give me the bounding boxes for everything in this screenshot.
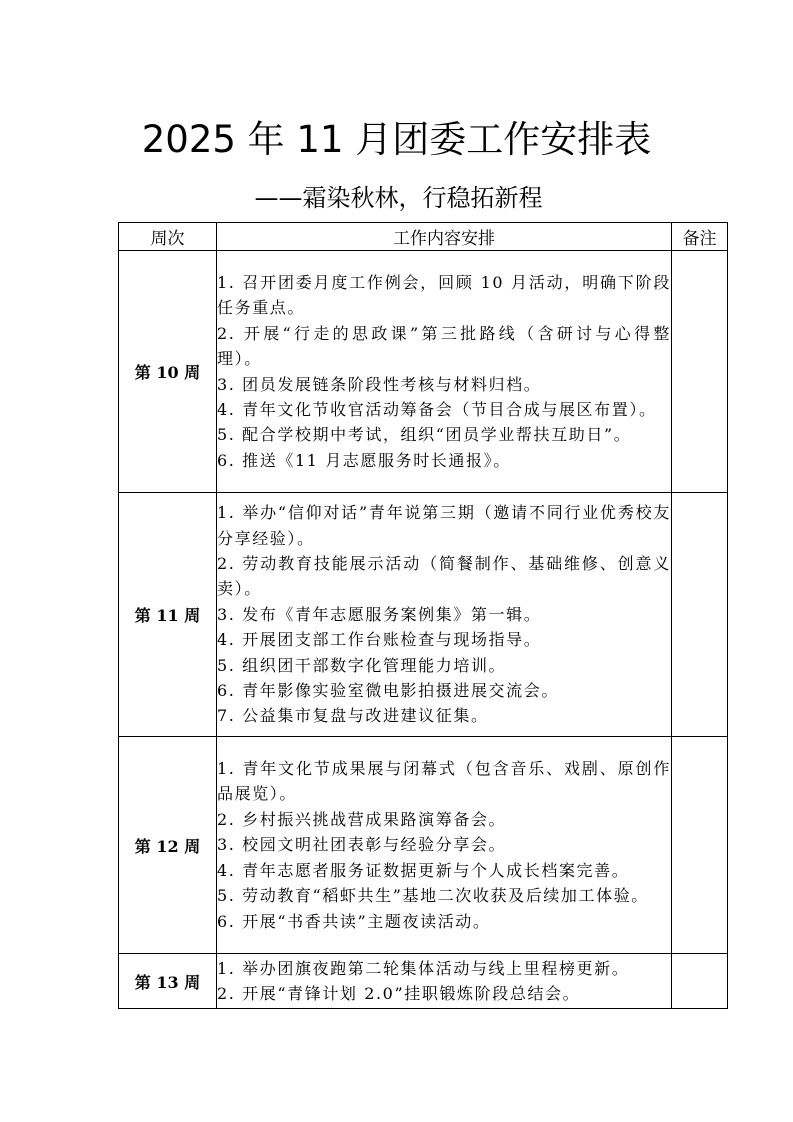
work-item: 7. 公益集市复盘与改进建议征集。 bbox=[217, 703, 671, 728]
work-item: 2. 开展“行走的思政课”第三批路线（含研讨与心得整理）。 bbox=[217, 321, 671, 372]
week-label: 第 11 周 bbox=[119, 493, 217, 737]
table-row: 第 11 周 1. 举办“信仰对话”青年说第三期（邀请不同行业优秀校友分享经验）… bbox=[119, 493, 728, 737]
work-item: 1. 召开团委月度工作例会，回顾 10 月活动，明确下阶段任务重点。 bbox=[217, 270, 671, 321]
note-cell bbox=[672, 251, 728, 493]
work-item: 3. 发布《青年志愿服务案例集》第一辑。 bbox=[217, 602, 671, 627]
work-item: 5. 组织团干部数字化管理能力培训。 bbox=[217, 653, 671, 678]
work-content: 1. 召开团委月度工作例会，回顾 10 月活动，明确下阶段任务重点。 2. 开展… bbox=[217, 251, 672, 493]
page-title: 2025 年 11 月团委工作安排表 bbox=[0, 114, 793, 166]
work-content: 1. 青年文化节成果展与闭幕式（包含音乐、戏剧、原创作品展览）。 2. 乡村振兴… bbox=[217, 737, 672, 954]
work-item: 5. 配合学校期中考试，组织“团员学业帮扶互助日”。 bbox=[217, 422, 671, 447]
work-item: 2. 劳动教育技能展示活动（简餐制作、基础维修、创意义卖）。 bbox=[217, 551, 671, 602]
work-item: 1. 青年文化节成果展与闭幕式（包含音乐、戏剧、原创作品展览）。 bbox=[217, 756, 671, 807]
header-content: 工作内容安排 bbox=[217, 223, 672, 251]
week-label: 第 13 周 bbox=[119, 954, 217, 1009]
work-content: 1. 举办团旗夜跑第二轮集体活动与线上里程榜更新。 2. 开展“青锋计划 2.0… bbox=[217, 954, 672, 1009]
work-item: 3. 团员发展链条阶段性考核与材料归档。 bbox=[217, 372, 671, 397]
work-item: 5. 劳动教育“稻虾共生”基地二次收获及后续加工体验。 bbox=[217, 883, 671, 908]
table-row: 第 10 周 1. 召开团委月度工作例会，回顾 10 月活动，明确下阶段任务重点… bbox=[119, 251, 728, 493]
schedule-table: 周次 工作内容安排 备注 第 10 周 1. 召开团委月度工作例会，回顾 10 … bbox=[118, 222, 728, 1009]
work-item: 4. 开展团支部工作台账检查与现场指导。 bbox=[217, 627, 671, 652]
week-label: 第 10 周 bbox=[119, 251, 217, 493]
note-cell bbox=[672, 493, 728, 737]
week-label: 第 12 周 bbox=[119, 737, 217, 954]
note-cell bbox=[672, 954, 728, 1009]
work-item: 6. 推送《11 月志愿服务时长通报》。 bbox=[217, 448, 671, 473]
table-row: 第 12 周 1. 青年文化节成果展与闭幕式（包含音乐、戏剧、原创作品展览）。 … bbox=[119, 737, 728, 954]
header-note: 备注 bbox=[672, 223, 728, 251]
page-subtitle: ——霜染秋林，行稳拓新程 bbox=[0, 180, 793, 216]
work-item: 3. 校园文明社团表彰与经验分享会。 bbox=[217, 832, 671, 857]
work-item: 4. 青年志愿者服务证数据更新与个人成长档案完善。 bbox=[217, 858, 671, 883]
work-item: 4. 青年文化节收官活动筹备会（节目合成与展区布置）。 bbox=[217, 397, 671, 422]
work-item: 1. 举办团旗夜跑第二轮集体活动与线上里程榜更新。 bbox=[217, 956, 671, 981]
work-item: 2. 乡村振兴挑战营成果路演筹备会。 bbox=[217, 807, 671, 832]
note-cell bbox=[672, 737, 728, 954]
work-content: 1. 举办“信仰对话”青年说第三期（邀请不同行业优秀校友分享经验）。 2. 劳动… bbox=[217, 493, 672, 737]
work-item: 6. 青年影像实验室微电影拍摄进展交流会。 bbox=[217, 678, 671, 703]
header-week: 周次 bbox=[119, 223, 217, 251]
work-item: 6. 开展“书香共读”主题夜读活动。 bbox=[217, 909, 671, 934]
work-item: 1. 举办“信仰对话”青年说第三期（邀请不同行业优秀校友分享经验）。 bbox=[217, 500, 671, 551]
table-header-row: 周次 工作内容安排 备注 bbox=[119, 223, 728, 251]
work-item: 2. 开展“青锋计划 2.0”挂职锻炼阶段总结会。 bbox=[217, 981, 671, 1006]
table-row: 第 13 周 1. 举办团旗夜跑第二轮集体活动与线上里程榜更新。 2. 开展“青… bbox=[119, 954, 728, 1009]
